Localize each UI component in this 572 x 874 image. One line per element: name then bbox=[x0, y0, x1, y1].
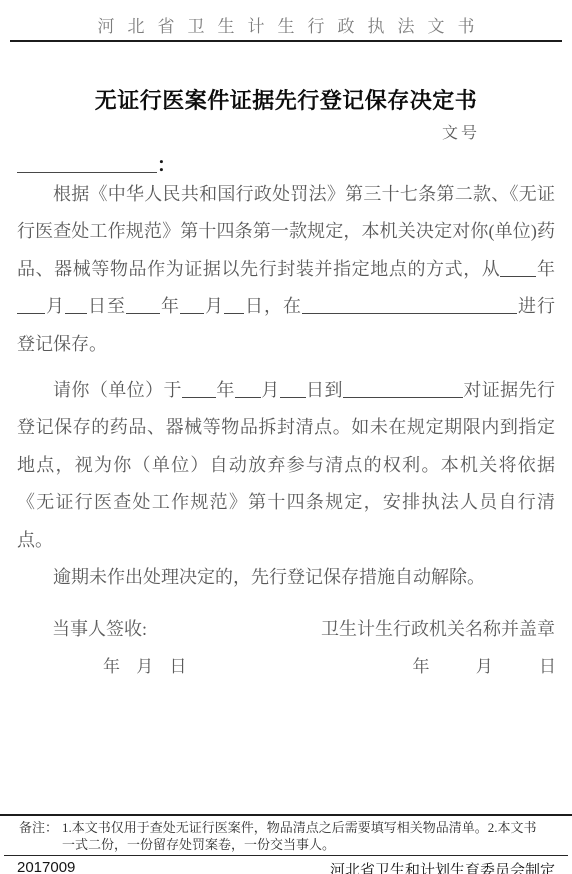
letterhead-title: 河北省卫生计生行政执法文书 bbox=[0, 12, 572, 37]
document-title: 无证行医案件证据先行登记保存决定书 bbox=[0, 84, 572, 115]
remarks-label: 备注： bbox=[19, 819, 58, 836]
from-day-blank-field bbox=[65, 311, 87, 314]
agency-seal-label: 卫生计生行政机关名称并盖章 bbox=[321, 615, 555, 641]
paragraph-inventory-notice: 请你（单位）于年月日到对证据先行登记保存的药品、器械等物品拆封清点。如未在规定期… bbox=[17, 372, 555, 559]
body-text-segment: 日到 bbox=[306, 380, 343, 400]
to-day-blank-field bbox=[224, 311, 244, 314]
body-text-segment: 月 bbox=[45, 296, 65, 316]
document-body: 根据《中华人民共和国行政处罚法》第三十七条第二款、《无证行医查处工作规范》第十四… bbox=[17, 176, 555, 596]
document-footer: 备注： 1.本文书仅用于查处无证行医案件，物品清点之后需要填写相关物品清单。2.… bbox=[0, 814, 572, 874]
body-text-segment: 月 bbox=[261, 380, 280, 400]
from-month-blank-field bbox=[17, 311, 45, 314]
to-year-blank-field bbox=[126, 311, 160, 314]
body-text-segment: 年 bbox=[536, 259, 555, 279]
agency-date-line: 年 月 日 bbox=[413, 652, 557, 677]
signature-label-row: 当事人签收: 卫生计生行政机关名称并盖章 bbox=[52, 615, 555, 641]
remarks-block: 备注： 1.本文书仅用于查处无证行医案件，物品清点之后需要填写相关物品清单。2.… bbox=[0, 816, 572, 853]
notice-year-blank-field bbox=[182, 395, 216, 398]
party-date-line: 年 月 日 bbox=[103, 652, 187, 677]
notice-place-blank-field bbox=[343, 395, 463, 398]
notice-day-blank-field bbox=[280, 395, 306, 398]
body-text-segment: 请你（单位）于 bbox=[53, 380, 182, 400]
body-text-segment: 对证据先行登记保存的药品、器械等物品拆封清点。如未在规定期限内到指定地点，视为你… bbox=[17, 380, 555, 550]
body-text-segment: 日，在 bbox=[244, 296, 302, 316]
letterhead-rule bbox=[10, 40, 562, 42]
document-number-label: 文号 bbox=[442, 120, 480, 143]
footer-rule bbox=[4, 855, 568, 856]
footer-meta-row: 2017009 河北省卫生和计划生育委员会制定 bbox=[17, 859, 555, 874]
addressee-colon: ： bbox=[157, 155, 176, 176]
paragraph-legal-basis: 根据《中华人民共和国行政处罚法》第三十七条第二款、《无证行医查处工作规范》第十四… bbox=[17, 176, 555, 363]
notice-month-blank-field bbox=[235, 395, 261, 398]
party-signature-label: 当事人签收: bbox=[52, 615, 147, 641]
remark-line-2: 一式二份，一份留存处罚案卷，一份交当事人。 bbox=[62, 836, 558, 853]
signature-date-row: 年 月 日 年 月 日 bbox=[103, 652, 556, 677]
paragraph-expiry-clause: 逾期未作出处理决定的，先行登记保存措施自动解除。 bbox=[17, 559, 555, 596]
enforcement-document-page: 河北省卫生计生行政执法文书 无证行医案件证据先行登记保存决定书 文号 ： 根据《… bbox=[0, 0, 572, 874]
body-text-segment: 日至 bbox=[87, 296, 126, 316]
body-text-segment: 根据《中华人民共和国行政处罚法》第三十七条第二款、《无证行医查处工作规范》第十四… bbox=[17, 184, 555, 279]
to-month-blank-field bbox=[180, 311, 204, 314]
form-code: 2017009 bbox=[17, 859, 75, 874]
storage-location-blank-field bbox=[302, 311, 517, 314]
addressee-blank-field bbox=[17, 170, 157, 173]
body-text-segment: 年 bbox=[160, 296, 180, 316]
from-year-blank-field bbox=[500, 274, 536, 277]
remark-line-1: 1.本文书仅用于查处无证行医案件，物品清点之后需要填写相关物品清单。2.本文书 bbox=[62, 819, 558, 836]
body-text-segment: 年 bbox=[216, 380, 235, 400]
issuing-authority: 河北省卫生和计划生育委员会制定 bbox=[330, 859, 555, 874]
body-text-segment: 月 bbox=[204, 296, 224, 316]
